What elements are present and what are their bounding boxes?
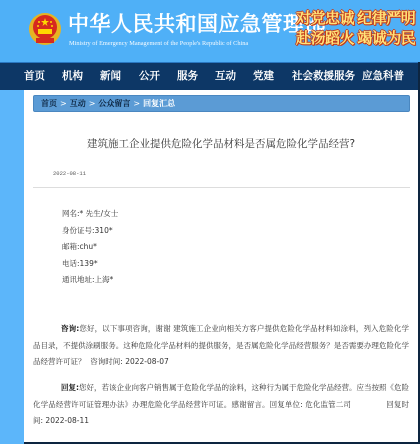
info-value: 139*: [80, 259, 98, 268]
info-row-phone: 电话:139*: [62, 256, 118, 273]
breadcrumb-public-messages[interactable]: 公众留言: [98, 99, 130, 108]
breadcrumb-interaction[interactable]: 互动: [70, 99, 86, 108]
consult-time-label: 咨询时间:: [90, 357, 123, 366]
divider: [33, 187, 410, 188]
national-emblem-icon[interactable]: [28, 12, 62, 46]
info-row-nickname: 网名:* 先生/女士: [62, 206, 118, 223]
info-label: 身份证号:: [62, 226, 95, 235]
slogan: 对党忠诚 纪律严明 赴汤蹈火 竭诚为民: [296, 9, 420, 49]
info-value: 310*: [95, 226, 113, 235]
site-header: 中华人民共和国应急管理部 Ministry of Emergency Manag…: [0, 0, 420, 62]
reply-time: 2022-08-11: [45, 416, 89, 425]
reply-unit: 危化监管二司: [305, 400, 351, 409]
info-label: 通讯地址:: [62, 275, 95, 284]
consult-time: 2022-08-07: [125, 357, 169, 366]
reply-paragraph: 回复:您好，若该企业向客户销售属于危险化学品的涂料，这种行为属于危险化学品经营。…: [33, 380, 409, 430]
breadcrumb-current[interactable]: 回复汇总: [143, 99, 175, 108]
reply-text: 您好，若该企业向客户销售属于危险化学品的涂料，这种行为属于危险化学品经营。应当按…: [33, 383, 409, 409]
nav-item-public[interactable]: 公开: [139, 69, 160, 83]
site-subtitle: Ministry of Emergency Management of the …: [69, 40, 248, 47]
info-row-address: 通讯地址:上海*: [62, 272, 118, 289]
nav-item-home[interactable]: 首页: [24, 69, 45, 83]
reply-unit-label: 回复单位:: [270, 400, 303, 409]
consult-label: 咨询:: [61, 324, 79, 333]
info-label: 电话:: [62, 259, 80, 268]
page-title: 建筑施工企业提供危险化学品材料是否属危险化学品经营?: [24, 136, 418, 151]
breadcrumb-separator: >: [89, 99, 96, 108]
nav-item-services[interactable]: 服务: [177, 69, 198, 83]
slogan-line: 赴汤蹈火 竭诚为民: [296, 29, 420, 49]
breadcrumb-separator: >: [60, 99, 67, 108]
breadcrumb-separator: >: [133, 99, 140, 108]
info-value: * 先生/女士: [80, 209, 119, 218]
info-label: 网名:: [62, 209, 80, 218]
info-row-id-number: 身份证号:310*: [62, 223, 118, 240]
submitter-info: 网名:* 先生/女士 身份证号:310* 邮箱:chu* 电话:139* 通讯地…: [62, 206, 118, 289]
nav-item-news[interactable]: 新闻: [100, 69, 121, 83]
nav-item-party-building[interactable]: 党建: [253, 69, 274, 83]
breadcrumb: 首页>互动>公众留言>回复汇总: [33, 95, 410, 112]
breadcrumb-home[interactable]: 首页: [41, 99, 57, 108]
info-label: 邮箱:: [62, 242, 80, 251]
nav-item-organization[interactable]: 机构: [62, 69, 83, 83]
slogan-line: 对党忠诚 纪律严明: [296, 9, 420, 29]
nav-item-interaction[interactable]: 互动: [215, 69, 236, 83]
left-side-strip: [0, 90, 24, 444]
info-row-email: 邮箱:chu*: [62, 239, 118, 256]
main-nav: 首页 机构 新闻 公开 服务 互动 党建 社会救援服务 应急科普: [0, 62, 420, 90]
site-title[interactable]: 中华人民共和国应急管理部: [68, 12, 326, 36]
nav-item-science[interactable]: 应急科普: [362, 69, 404, 83]
nav-item-social-rescue[interactable]: 社会救援服务: [292, 69, 355, 83]
info-value: 上海*: [95, 275, 114, 284]
publish-date: 2022-08-11: [53, 170, 86, 177]
consult-paragraph: 咨询:您好，以下事项咨询，谢谢 建筑施工企业向相关方客户提供危险化学品材料如涂料…: [33, 321, 409, 371]
reply-label: 回复:: [61, 383, 79, 392]
info-value: chu*: [80, 242, 97, 251]
